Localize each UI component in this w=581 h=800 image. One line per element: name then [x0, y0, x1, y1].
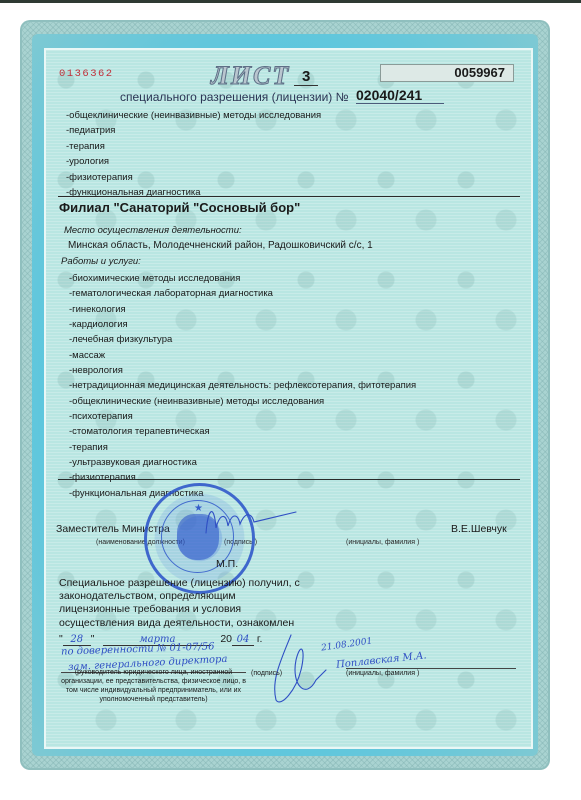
divider: [58, 479, 520, 480]
representative-caption: (руководитель юридического лица, иностра…: [61, 668, 246, 704]
minister-signature: [196, 498, 316, 538]
license-caption: специального разрешения (лицензии) №: [120, 90, 348, 104]
list-item: -урология: [66, 154, 321, 169]
list-item: -функциональная диагностика: [66, 185, 321, 200]
list-item: -общеклинические (неинвазивные) методы и…: [66, 108, 321, 123]
list-item: -общеклинические (неинвазивные) методы и…: [69, 394, 416, 409]
seal-label: М.П.: [216, 558, 238, 570]
list-item: -нетрадиционная медицинская деятельность…: [69, 378, 416, 393]
list-item: -массаж: [69, 348, 416, 363]
list-item: -психотерапия: [69, 409, 416, 424]
initials-caption: (инициалы, фамилия ): [346, 539, 419, 546]
scan-edge: [0, 0, 581, 3]
sheet-number: 3: [294, 68, 318, 86]
list-item: -ультразвуковая диагностика: [69, 455, 416, 470]
place-label: Место осуществления деятельности:: [64, 225, 242, 236]
list-item: -неврология: [69, 363, 416, 378]
serial-number: 0136362: [59, 68, 114, 80]
license-sheet: 0136362 ЛИСТ 3 0059967 специального разр…: [44, 48, 533, 749]
recipient-initials-caption: (инициалы, фамилия ): [346, 670, 419, 677]
works-label: Работы и услуги:: [61, 256, 141, 267]
receipt-statement: Специальное разрешение (лицензию) получи…: [59, 577, 309, 630]
license-number: 02040/241: [356, 87, 444, 104]
date-day: 28: [63, 634, 91, 646]
recipient-signature-caption: (подпись): [251, 670, 282, 677]
list-item: -терапия: [69, 440, 416, 455]
branch-services-list: -биохимические методы исследования -гема…: [69, 271, 416, 501]
place-value: Минская область, Молодечненский район, Р…: [68, 240, 373, 251]
list-item: -лечебная физкультура: [69, 332, 416, 347]
branch-title: Филиал "Санаторий "Сосновый бор": [59, 200, 300, 215]
list-item: -педиатрия: [66, 123, 321, 138]
list-item: -гинекология: [69, 302, 416, 317]
list-item: -биохимические методы исследования: [69, 271, 416, 286]
list-item: -стоматология терапевтическая: [69, 424, 416, 439]
signer-name: В.Е.Шевчук: [451, 523, 507, 535]
list-item: -гематологическая лабораторная диагности…: [69, 286, 416, 301]
blank-number: 0059967: [380, 64, 514, 82]
list-item: -физиотерапия: [66, 170, 321, 185]
date-year-prefix: 20: [220, 633, 232, 645]
list-item: -кардиология: [69, 317, 416, 332]
divider: [58, 196, 520, 197]
list-item: -терапия: [66, 139, 321, 154]
initials-line: [346, 668, 516, 669]
continued-services-list: -общеклинические (неинвазивные) методы и…: [66, 108, 321, 200]
date-year-suffix: 04: [232, 634, 254, 646]
sheet-title: ЛИСТ: [211, 61, 290, 91]
